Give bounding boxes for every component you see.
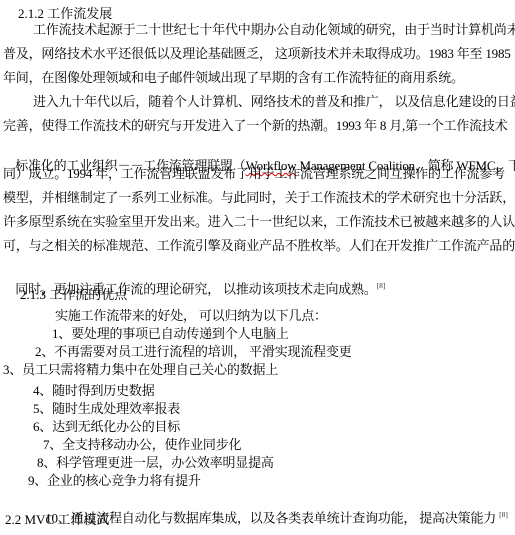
paragraph-line: 模型，并相继制定了一系列工业标准。与此同时，关于工作流技术的学术研究也十分活跃， (3, 190, 515, 206)
citation-ref-8: [8] (377, 281, 386, 290)
paragraph-line: 年间，在图像处理领域和电子邮件领域出现了早期的含有工作流特征的商用系统。 (3, 70, 464, 86)
benefit-item-4: 4、随时得到历史数据 (33, 383, 155, 399)
benefit-item-6: 6、达到无纸化办公的目标 (33, 419, 180, 435)
paragraph-line: 进入九十年代以后，随着个人计算机、网络技术的普及和推广， 以及信息化建设的日益 (33, 94, 515, 110)
citation-ref-8: [8] (499, 510, 508, 519)
section-heading-2-1-3: 2.1.3 工作流的优点 (20, 287, 127, 303)
benefit-item-1: 1、要处理的事项已自动传递到个人电脑上 (52, 326, 289, 342)
benefit-item-7: 7、全支持移动办公，使作业同步化 (43, 437, 241, 453)
paragraph-line: 同）成立。1994 年，工作流管理联盟发布了用于工作流管理系统之间互操作的工作流… (3, 166, 505, 182)
paragraph-line: 完善，使得工作流技术的研究与开发进入了一个新的热潮。1993 年 8 月,第一个… (3, 118, 508, 134)
section-heading-2-2: 2.2 MVC 工作模式 (5, 512, 109, 528)
benefit-item-3: 3、员工只需将精力集中在处理自己关心的数据上 (3, 362, 278, 378)
benefits-intro: 实施工作流带来的好处， 可以归纳为以下几点： (55, 308, 327, 324)
paragraph-line: 工作流技术起源于二十世纪七十年代中期办公自动化领域的研究，由于当时计算机尚未 (33, 22, 515, 38)
document-page: 2.1.2 工作流发展 工作流技术起源于二十世纪七十年代中期办公自动化领域的研究… (0, 0, 515, 535)
section-heading-2-1-2: 2.1.2 工作流发展 (18, 6, 112, 22)
benefit-item-9: 9、企业的核心竞争力将有提升 (28, 473, 201, 489)
paragraph-line: 可，与之相关的标准规范、工作流引擎及商业产品不胜枚举。人们在开发推广工作流产品的 (3, 238, 515, 254)
paragraph-line: 普及，网络技术水平还很低以及理论基础匮乏， 这项新技术并未取得成功。1983 年… (3, 46, 511, 62)
benefit-item-2: 2、不再需要对员工进行流程的培训， 平滑实现流程变更 (35, 344, 352, 360)
benefit-item-5: 5、随时生成处理效率报表 (33, 401, 180, 417)
paragraph-line: 许多原型系统在实验室里开发出来。进入二十一世纪以来，工作流技术已被越来越多的人认 (3, 214, 515, 230)
benefit-item-text: 10、通过流程自动化与数据库集成，以及各类表单统计查询功能， 提高决策能力 (45, 510, 499, 525)
benefit-item-8: 8、科学管理更进一层，办公效率明显提高 (37, 455, 274, 471)
